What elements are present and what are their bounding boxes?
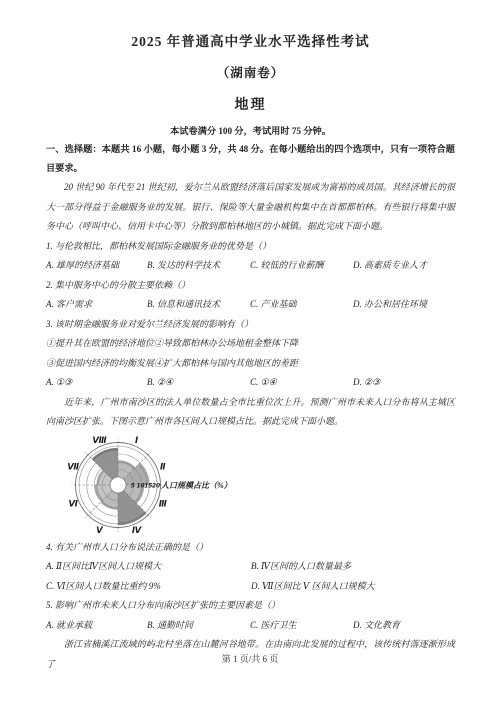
q1-option-d: D. 高素质专业人才 [353, 256, 455, 276]
question-5-stem: 5. 影响广州市未来人口分布向南沙区扩张的主要因素是（） [46, 596, 455, 616]
radial-axis-title: 人口规模占比（%） [160, 480, 232, 490]
question-3-stem: 3. 该时期金融服务业对爱尔兰经济发展的影响有（） [46, 315, 455, 335]
q5-option-a: A. 就业承载 [46, 616, 147, 636]
question-3-options: A. ①③ B. ②④ C. ①④ D. ②③ [46, 373, 455, 393]
q2-option-c: C. 产业基础 [250, 295, 353, 315]
passage-guangzhou: 近年来，广州市南沙区的法人单位数量占全市比重位次上升。预测广州市未来人口分布将从… [46, 393, 455, 432]
exam-page: 2025 年普通高中学业水平选择性考试 （湖南卷） 地理 本试卷满分 100 分… [0, 0, 500, 707]
page-number: 第 1 页/共 6 页 [0, 652, 500, 665]
q4-option-c: C. Ⅵ区间人口数量比重约 9% [46, 577, 251, 597]
q3-option-c: C. ①④ [250, 373, 353, 393]
q4-option-d: D. Ⅶ区间比 Ⅴ 区间人口规模大 [251, 577, 455, 597]
radial-tick-label: 5 [131, 483, 135, 489]
sector-label-Ⅷ: Ⅷ [92, 436, 107, 446]
question-4-stem: 4. 有关广州市人口分布说法正确的是（） [46, 538, 455, 558]
question-4-options: A. Ⅱ区间比Ⅳ区间人口规模大 B. Ⅳ区间的人口数量最多 C. Ⅵ区间人口数量… [46, 557, 455, 596]
sector-label-Ⅱ: Ⅱ [160, 462, 166, 472]
sector-label-Ⅲ: Ⅲ [159, 499, 167, 509]
polar-chart-svg: 5101520人口规模占比（%）ⅠⅡⅢⅣⅤⅥⅦⅧ [56, 433, 321, 537]
q3-option-b: B. ②④ [147, 373, 250, 393]
q3-option-d: D. ②③ [353, 373, 455, 393]
q4-option-b: B. Ⅳ区间的人口数量最多 [251, 557, 455, 577]
q5-option-c: C. 医疗卫生 [250, 616, 353, 636]
question-1-stem: 1. 与伦敦相比，都柏林发展国际金融服务业的优势是（） [46, 237, 455, 257]
q3-statements-3-4: ③促进国内经济的均衡发展④扩大都柏林与国内其他地区的差距 [46, 354, 455, 374]
q5-option-b: B. 通勤时间 [147, 616, 250, 636]
q2-option-a: A. 客户需求 [46, 295, 147, 315]
q5-option-d: D. 文化教育 [353, 616, 455, 636]
sector-label-Ⅰ: Ⅰ [135, 436, 138, 446]
exam-title: 2025 年普通高中学业水平选择性考试 [46, 30, 455, 50]
subject-title: 地理 [46, 94, 455, 114]
sector-label-Ⅵ: Ⅵ [69, 499, 79, 509]
q3-statements-1-2: ①提升其在欧盟的经济地位②导致都柏林办公场地租金整体下降 [46, 334, 455, 354]
question-2-stem: 2. 集中服务中心的分散主要依赖（） [46, 276, 455, 296]
q3-option-a: A. ①③ [46, 373, 147, 393]
exam-edition: （湖南卷） [46, 63, 455, 81]
passage-ireland: 20 世纪 90 年代至 21 世纪初，爱尔兰从欧盟经济落后国家发展成为富裕的成… [46, 178, 455, 237]
q2-option-b: B. 信息和通讯技术 [147, 295, 250, 315]
section-instruction: 一、选择题：本题共 16 小题，每小题 3 分，共 48 分。在每小题给出的四个… [46, 140, 455, 178]
q1-option-b: B. 发达的科学技术 [147, 256, 250, 276]
sector-label-Ⅶ: Ⅶ [67, 462, 79, 472]
q1-option-c: C. 较低的行业薪酬 [250, 256, 353, 276]
population-share-polar-chart: 5101520人口规模占比（%）ⅠⅡⅢⅣⅤⅥⅦⅧ [56, 433, 455, 537]
sector-label-Ⅳ: Ⅳ [132, 525, 142, 535]
center-hub [110, 477, 126, 493]
question-2-options: A. 客户需求 B. 信息和通讯技术 C. 产业基础 D. 办公和居住环境 [46, 295, 455, 315]
sector-label-Ⅴ: Ⅴ [96, 525, 104, 535]
exam-meta: 本试卷满分 100 分，考试用时 75 分钟。 [46, 123, 455, 137]
question-5-options: A. 就业承载 B. 通勤时间 C. 医疗卫生 D. 文化教育 [46, 616, 455, 636]
q1-option-a: A. 雄厚的经济基础 [46, 256, 147, 276]
radial-tick-label: 20 [152, 483, 160, 489]
q2-option-d: D. 办公和居住环境 [353, 295, 455, 315]
question-1-options: A. 雄厚的经济基础 B. 发达的科学技术 C. 较低的行业薪酬 D. 高素质专… [46, 256, 455, 276]
q4-option-a: A. Ⅱ区间比Ⅳ区间人口规模大 [46, 557, 251, 577]
